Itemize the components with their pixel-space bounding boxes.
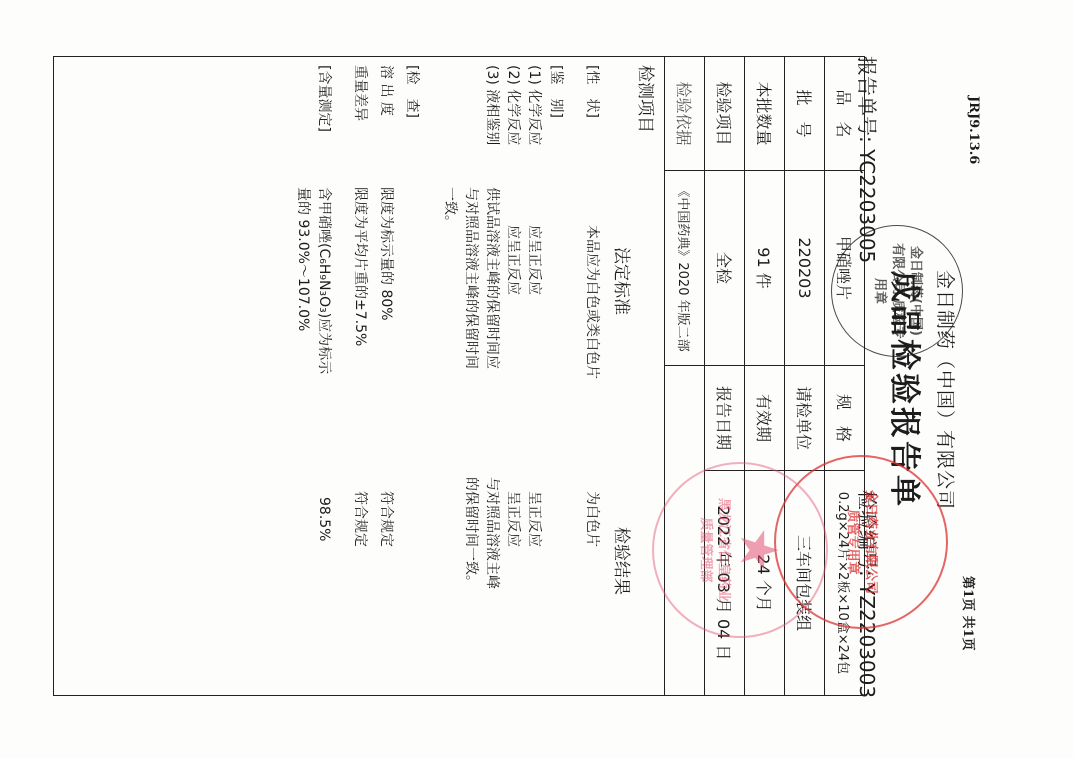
assay-standard-line2: 量的 93.0%～107.0% [292, 187, 313, 331]
report-date-label: 报告日期 [705, 366, 744, 471]
dissolution-standard: 限度为标示量的 80% [375, 187, 396, 321]
items-label: 检验项目 [705, 57, 744, 171]
document-title: 成品检验报告单 [885, 220, 930, 560]
requester-value: 三车间包装组 [785, 471, 824, 695]
spec-value: 0.2g×24片×2板×10盒×24包 [825, 471, 864, 695]
ident3-standard-line3: 一致。 [439, 187, 460, 229]
dissolution-name: 溶 出 度 [375, 65, 396, 116]
quantity-label: 本批数量 [745, 57, 784, 171]
ident2-result: 呈正反应 [502, 491, 523, 547]
assay-standard-line1: 含甲硝唑(C₆H₉N₃O₃)应为标示 [313, 187, 334, 374]
weight-variation-name: 重量差异 [349, 65, 370, 121]
product-name-value: 甲硝唑片 [825, 171, 864, 366]
items-value: 全检 [705, 171, 744, 366]
form-code: JRJ9.13.6 [966, 96, 981, 164]
dissolution-result: 符合规定 [375, 491, 396, 547]
table-row: 批 号 220203 请检单位 三车间包装组 [784, 57, 824, 695]
basis-empty [665, 366, 704, 695]
inspection-report-page: JRJ9.13.6 第1页 共1页 金日制药（中国）有限公司 成品检验报告单 报… [0, 0, 1073, 758]
basis-value: 《中国药典》2020 年版二部 [665, 171, 704, 366]
appearance-standard: 本品应为白色或类白色片 [581, 225, 602, 379]
ident3-result-line1: 与对照品溶液主峰 [481, 477, 502, 589]
table-row: 检验项目 全检 报告日期 2022 年 03 月 04 日 [704, 57, 744, 695]
appearance-head: [性 状] [581, 65, 602, 118]
ident1-result: 呈正反应 [523, 491, 544, 547]
ident3-name: (3) 液相鉴别 [481, 65, 502, 145]
basis-label: 检验依据 [665, 57, 704, 171]
quantity-value: 91 件 [745, 171, 784, 366]
ident3-standard-line2: 与对照品溶液主峰的保留时间 [460, 187, 481, 369]
weight-variation-result: 符合规定 [349, 491, 370, 547]
page-indicator: 第1页 共1页 [960, 576, 979, 651]
assay-head: [含量测定] [313, 65, 334, 132]
report-date-value: 2022 年 03 月 04 日 [705, 471, 744, 695]
identification-head: [鉴 别] [545, 65, 566, 118]
report-table: 品 名 甲硝唑片 规 格 0.2g×24片×2板×10盒×24包 批 号 220… [53, 56, 865, 696]
tests-header-item: 检测项目 [635, 65, 660, 133]
tests-header-result: 检验结果 [611, 527, 636, 595]
validity-value: 24 个月 [745, 471, 784, 695]
table-row: 检验依据 《中国药典》2020 年版二部 [664, 57, 704, 695]
company-name: 金日制药（中国）有限公司 [933, 240, 960, 540]
tests-header-standard: 法定标准 [611, 247, 636, 315]
assay-result: 98.5% [313, 497, 334, 541]
ident2-name: (2) 化学反应 [502, 65, 523, 145]
ident1-name: (1) 化学反应 [523, 65, 544, 145]
table-row: 品 名 甲硝唑片 规 格 0.2g×24片×2板×10盒×24包 [824, 57, 864, 695]
check-head: [检 查] [401, 65, 422, 118]
batch-label: 批 号 [785, 57, 824, 171]
ident2-standard: 应呈正反应 [502, 225, 523, 295]
batch-value: 220203 [785, 171, 824, 366]
weight-variation-standard: 限度为平均片重的±7.5% [349, 187, 370, 346]
ident3-standard-line1: 供试品溶液主峰的保留时间应 [481, 187, 502, 369]
ident3-result-line2: 的保留时间一致。 [460, 477, 481, 589]
table-row: 本批数量 91 件 有效期 24 个月 [744, 57, 784, 695]
requester-label: 请检单位 [785, 366, 824, 471]
tests-section: 检测项目 法定标准 检验结果 [性 状] 本品应为白色或类白色片 为白色片 [鉴… [0, 57, 664, 695]
product-name-label: 品 名 [825, 57, 864, 171]
appearance-result: 为白色片 [581, 491, 602, 547]
spec-label: 规 格 [825, 366, 864, 471]
validity-label: 有效期 [745, 366, 784, 471]
ident1-standard: 应呈正反应 [523, 225, 544, 295]
